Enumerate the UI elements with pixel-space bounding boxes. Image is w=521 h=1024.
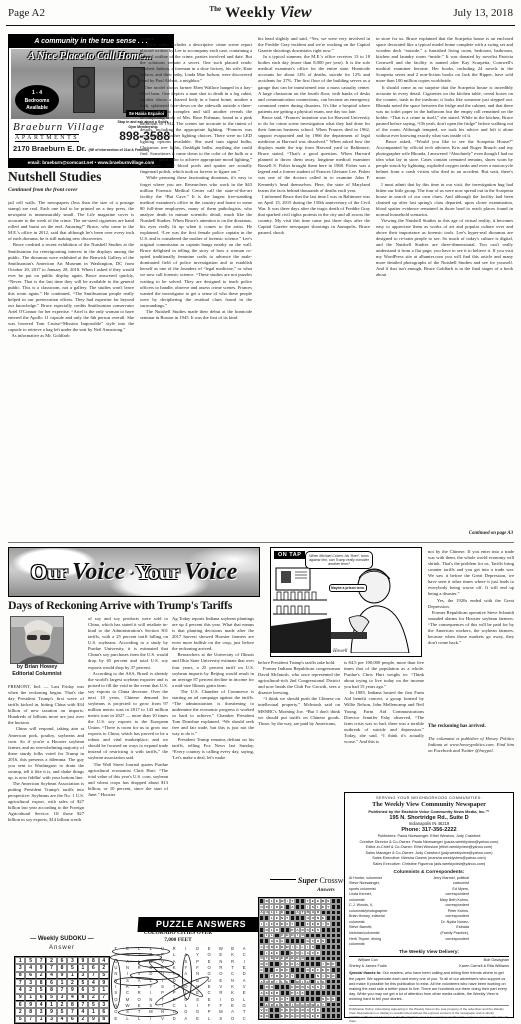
columnist-entry: (Family Practice), correspondent	[431, 931, 469, 942]
grid-cell: 4	[88, 979, 98, 986]
editorial-cartoon: ON TAP When Michael Cohen, his “fixer”, …	[270, 547, 422, 657]
grid-cell: 2	[25, 986, 35, 993]
grid-cell: 2	[15, 1008, 25, 1015]
grid-cell: 1	[36, 1016, 46, 1023]
grid-cell: 8	[25, 1008, 35, 1015]
columnist-entry: Jerry Marmel, political cartoonist	[431, 876, 469, 887]
grid-cell: 4	[67, 994, 77, 1001]
wordsearch-title: COLORADO CITIES OVER 7,000 FEET	[102, 930, 254, 944]
staff-line: Editor-in-Chief & Co-Owner: Ethel Winslo…	[349, 845, 509, 851]
grid-cell: 5	[99, 972, 109, 979]
continued-on-note: Continued on page A3	[469, 531, 513, 536]
badge-line: 1 - 4	[15, 90, 59, 98]
rule-left	[270, 879, 296, 880]
wreath-image	[77, 75, 90, 88]
grid-cell: 7	[78, 1001, 88, 1008]
grid-cell: C	[238, 1016, 250, 1022]
columnists-left: Al Hunter, columnist Steve Nicewanger, s…	[349, 876, 427, 948]
staff-line: Sales Executive: Marsha Owens (marsha.we…	[349, 856, 509, 862]
nutshell-column-1: jail cell walls. The newspapers (less th…	[8, 200, 134, 538]
columnist-entry: Linda Kennet, columnist	[349, 892, 387, 903]
grid-cell: 1	[88, 1008, 98, 1015]
delivery-left: William Cox Shirley & James Fudis	[349, 958, 387, 969]
grid-cell: 3	[46, 1016, 56, 1023]
grid-cell: 9	[88, 1016, 98, 1023]
grid-cell: 3	[36, 1008, 46, 1015]
columnist-entry: Mary Beth Kuhns, correspondent	[431, 898, 469, 909]
grid-cell: 6	[25, 972, 35, 979]
grid-cell: 8	[67, 1001, 77, 1008]
phone-line: Phone: 317-356-2222	[349, 827, 509, 833]
grid-cell: 6	[36, 994, 46, 1001]
delivery-entry: Shirley & James Fudis	[349, 964, 387, 970]
grid-cell: 8	[46, 986, 56, 993]
columnist-entry: C.J. Woods, II, columnist/photographer	[349, 903, 387, 914]
grid-cell: 5	[36, 986, 46, 993]
serving-line: SERVING YOUR NEIGHBORHOOD COMMUNITIES:	[349, 796, 509, 800]
continued-from-note: Continued from the front cover	[8, 187, 77, 193]
masthead-the: The	[209, 5, 221, 13]
columnist-entry: Brian Howey, editorial columnist	[349, 914, 387, 925]
paper-title-line: The Weekly View Community Newspaper	[349, 801, 509, 808]
crossword-super: Super	[298, 876, 318, 885]
grid-cell: E	[110, 1016, 122, 1022]
badge-line: Available	[15, 105, 59, 113]
grid-cell: 8	[88, 957, 98, 964]
howey-column-6: not by the Chinese. If you enter into a …	[428, 549, 514, 721]
grid-cell: 2	[36, 972, 46, 979]
grid-cell: 5	[25, 957, 35, 964]
ad-address: 2170 Braeburn E. Dr. (NE of intersection…	[13, 144, 149, 153]
howey-column-4: before President Trump's tariffs take ho…	[258, 660, 340, 870]
nutshell-column-4: in store for us. Bruce explained that th…	[376, 36, 513, 530]
grid-cell: L	[122, 1016, 134, 1022]
byline-role: Editorial Columnist	[6, 671, 68, 678]
grid-cell: 5	[15, 1016, 25, 1023]
delivery-right: Bob Gavaghan Karen Carnell & Rita Willia…	[459, 958, 509, 969]
wreath-image	[127, 75, 140, 88]
grid-cell: 8	[15, 972, 25, 979]
closing-line: The reckoning has arrived.	[428, 724, 514, 729]
grid-cell: 5	[88, 1001, 98, 1008]
wordsearch-answer: TELLURIDEWBAFAIRPLAYOEKCGALUVASPENRIUNRO…	[110, 946, 250, 1022]
grid-cell: 9	[99, 979, 109, 986]
cartoon-title: ON TAP	[274, 551, 305, 559]
sudoku-answer-label: Answer	[6, 945, 118, 951]
howey-column-5: is 84.5 per 100,000 people, more than fi…	[344, 660, 424, 788]
thanks-text: Our readers, who have been calling and t…	[349, 971, 507, 1001]
columnists-right: Jerry Marmel, political cartoonist Ed My…	[431, 876, 509, 948]
grid-cell: 1	[15, 957, 25, 964]
grid-cell: 3	[99, 1001, 109, 1008]
grid-cell: 3	[57, 994, 67, 1001]
banner-voice-1: Voice	[72, 559, 125, 586]
grid-cell: 4	[46, 972, 56, 979]
grid-cell: 6	[15, 1001, 25, 1008]
grid-cell: 6	[99, 1008, 109, 1015]
delivery-heading: The Weekly View Delivery:	[349, 950, 509, 955]
grid-cell: E	[192, 1016, 204, 1022]
grid-cell: L	[203, 1016, 215, 1022]
article-title-nutshell: Nutshell Studies	[8, 169, 101, 185]
cartoon-caption: When Michael Cohen, his “fixer”, turns a…	[305, 551, 373, 569]
columnist-tagline: The columnist is publisher of Howey Poli…	[428, 736, 514, 786]
published-by-line: Published by the Eastside Voice Communit…	[349, 809, 509, 814]
grid-cell: 1	[25, 994, 35, 1001]
grid-cell: 9	[36, 964, 46, 971]
ad-address-text: 2170 Braeburn E. Dr.	[13, 144, 86, 153]
columnist-entry: Dr. Nydia Nunez-Estrada	[431, 920, 469, 931]
masthead-weekly: Weekly	[225, 5, 276, 21]
banner-dot: •	[127, 562, 133, 583]
grid-cell: 2	[78, 1016, 88, 1023]
grid-cell: 6	[78, 986, 88, 993]
howey-column-3: Ag Today reports Indiana soybean plantin…	[172, 616, 254, 916]
banner-your: Your	[136, 560, 180, 585]
grid-cell: 9	[57, 972, 67, 979]
grid-cell: 4	[78, 1008, 88, 1015]
byline-name: by Brian Howey	[6, 664, 68, 671]
banner-our: Our	[31, 560, 68, 585]
columnists-heading: Columnists & Correspondents:	[349, 870, 509, 875]
grid-cell: 7	[57, 986, 67, 993]
grid-cell: 7	[99, 994, 109, 1001]
grid-cell: 7	[46, 964, 56, 971]
masthead-info-box: SERVING YOUR NEIGHBORHOOD COMMUNITIES: T…	[344, 792, 514, 1018]
our-voice-banner: Our Voice • Your Voice	[8, 547, 260, 597]
grid-cell: S	[215, 1016, 227, 1022]
grid-cell: 8	[57, 964, 67, 971]
grid-cell: O	[227, 1016, 239, 1022]
grid-cell: 7	[88, 972, 98, 979]
bedrooms-badge: 1 - 4 Bedrooms Available	[15, 85, 59, 115]
columnist-entry: Steve Nicewanger, sports columnist	[349, 881, 387, 892]
nutshell-column-3: his head slightly and said, “Yes, we wer…	[258, 36, 370, 538]
grid-cell: A	[180, 1016, 192, 1022]
grid-cell: 5	[78, 979, 88, 986]
grid-cell: 8	[99, 1016, 109, 1023]
grid-cell: 9	[25, 1001, 35, 1008]
grid-cell: 1	[46, 1001, 56, 1008]
delivery-entry: Karen Carnell & Rita Williams	[459, 964, 509, 970]
grid-cell: 3	[15, 964, 25, 971]
grid-cell: D	[168, 1016, 180, 1022]
nutshell-column-2: wounds.” Each study includes a descripti…	[140, 36, 252, 538]
grid-cell: 7	[15, 979, 25, 986]
thanks-label: Special thanks to:	[349, 971, 382, 975]
grid-cell: 2	[57, 1001, 67, 1008]
grid-cell: 5	[57, 1008, 67, 1015]
grid-cell: 1	[78, 964, 88, 971]
header-rule	[6, 25, 515, 26]
answer-loop	[118, 1008, 178, 1017]
columnist-entry: Peter Kuhns, correspondent	[431, 909, 469, 920]
sudoku-answer-grid: 1572639843497851628624913757386125494258…	[14, 956, 110, 1024]
columnist-entry: Steve Barnett, historian/columnist	[349, 925, 387, 936]
ad-brand-script: Braeburn Village	[13, 121, 105, 133]
grid-cell: 9	[15, 994, 25, 1001]
grid-cell: 2	[67, 979, 77, 986]
columnist-photo	[10, 616, 64, 664]
cartoon-speech-bubble: Maybe a prison term.	[329, 584, 367, 592]
columnists-lists: Al Hunter, columnist Steve Nicewanger, s…	[349, 876, 509, 948]
grid-cell: 9	[67, 986, 77, 993]
grid-cell: 1	[67, 972, 77, 979]
section-divider	[8, 542, 514, 543]
columnist-entry: Ed Myers, correspondent	[431, 887, 469, 898]
delivery-names: William Cox Shirley & James Fudis Bob Ga…	[349, 956, 509, 969]
grid-cell: 9	[46, 1008, 56, 1015]
grid-cell	[336, 1013, 341, 1019]
grid-cell: 4	[57, 1016, 67, 1023]
grid-cell: 3	[88, 986, 98, 993]
columnist-entry: Herb Thyme, dining columnist	[349, 937, 387, 948]
cartoonist-signature: Howell	[333, 649, 347, 654]
grid-cell: 2	[88, 994, 98, 1001]
staff-line: Sales Executive: Christine Figueroa (ads…	[349, 862, 509, 868]
byline: by Brian Howey Editorial Columnist	[6, 664, 68, 678]
grid-cell: 6	[67, 1016, 77, 1023]
answer-loop	[114, 977, 158, 986]
badge-line: Bedrooms	[15, 98, 59, 106]
grid-cell: 3	[25, 979, 35, 986]
editorial-headline: Days of Reckoning Arrive with Trump's Ta…	[8, 598, 260, 613]
grid-cell: 7	[36, 957, 46, 964]
grid-cell: 1	[57, 979, 67, 986]
grid-cell: 4	[25, 964, 35, 971]
issue-date: July 13, 2018	[453, 7, 513, 19]
newspaper-page: Page A2 The Weekly View July 13, 2018 A …	[0, 0, 521, 1024]
banner-voice-2: Voice	[184, 559, 237, 586]
grid-cell: 3	[78, 972, 88, 979]
grid-cell: 4	[36, 1001, 46, 1008]
portrait-image	[11, 617, 63, 663]
special-thanks: Special thanks to: Our readers, who have…	[349, 971, 509, 1002]
grid-cell: 6	[46, 979, 56, 986]
grid-cell: 8	[78, 994, 88, 1001]
howey-column-2: of soy and soy products were sold to Chi…	[88, 616, 168, 916]
grid-cell: 6	[88, 964, 98, 971]
grid-cell: 4	[15, 986, 25, 993]
grid-cell: 8	[36, 979, 46, 986]
newspaper-masthead: The Weekly View	[0, 4, 521, 22]
grid-cell: 2	[99, 964, 109, 971]
grid-cell: 3	[67, 957, 77, 964]
grid-cell: 2	[46, 957, 56, 964]
grid-cell: 7	[25, 1016, 35, 1023]
door-image	[73, 67, 95, 113]
masthead-view: View	[280, 4, 312, 21]
grid-cell: 6	[57, 957, 67, 964]
city-line: Indianapolis IN 46219	[349, 821, 509, 826]
grid-cell: 4	[99, 957, 109, 964]
howey-column-1: FREMONT, Ind. — Last Friday was when the…	[8, 684, 84, 916]
crossword-answer-grid: BLEWITTEEMSODIDEAISLETAULLEATBARLENTHONE…	[258, 897, 342, 1020]
grid-cell: 5	[67, 964, 77, 971]
grid-cell: 7	[67, 1008, 77, 1015]
grid-cell: 9	[78, 957, 88, 964]
grid-cell: 1	[99, 986, 109, 993]
publication-policy: Publication Policy: Advertising appearin…	[349, 1005, 509, 1024]
ad-brand-sub: APARTMENTS	[15, 134, 79, 142]
grid-cell: 5	[46, 994, 56, 1001]
